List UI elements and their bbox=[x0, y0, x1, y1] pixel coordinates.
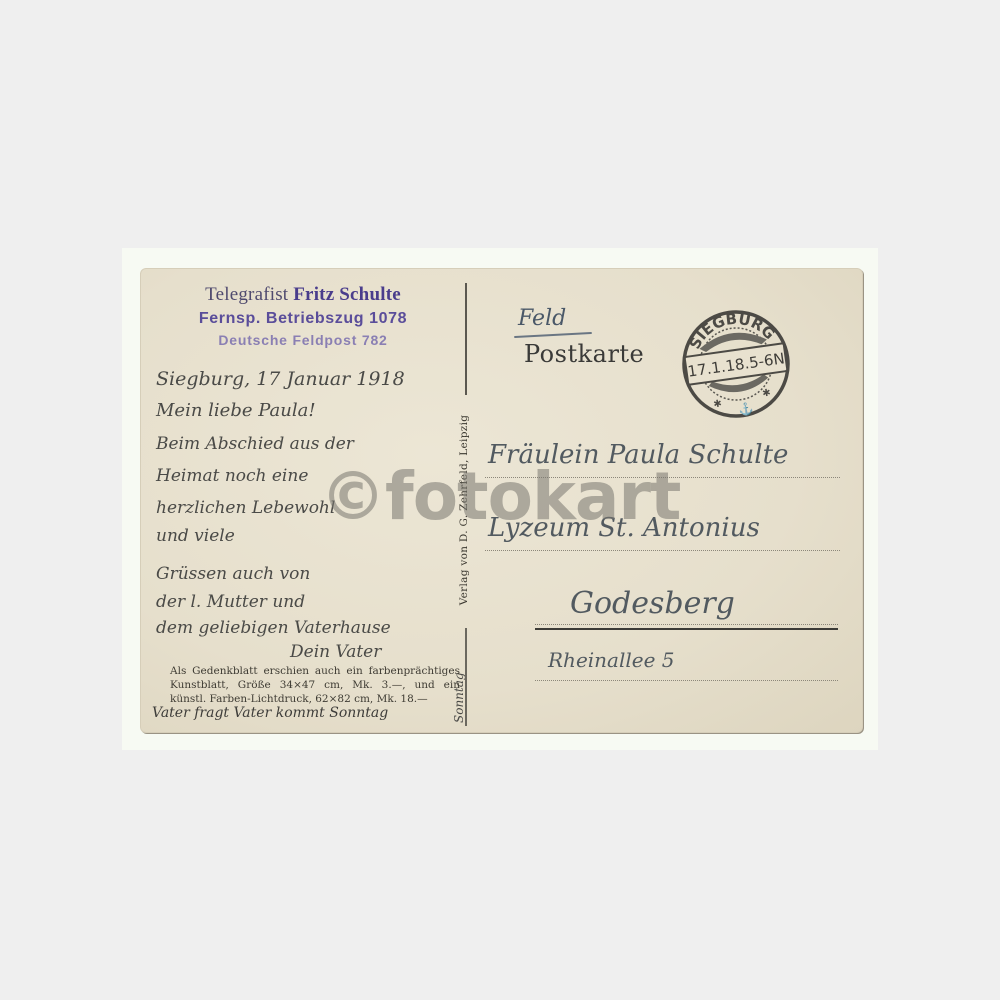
message-signature: Dein Vater bbox=[290, 642, 381, 662]
postmark: SIEGBURG 17.1.18.5-6N ✱ ✱ ⚓ bbox=[673, 301, 799, 427]
sender-stamp-line1: Telegrafist Fritz Schulte bbox=[168, 282, 438, 308]
message-line: der l. Mutter und bbox=[156, 592, 305, 612]
message-date-line: Siegburg, 17 Januar 1918 bbox=[156, 368, 405, 390]
feld-handwritten: Feld bbox=[518, 306, 566, 331]
sender-stamp: Telegrafist Fritz Schulte Fernsp. Betrie… bbox=[168, 282, 438, 350]
message-line: und viele bbox=[156, 526, 235, 546]
message-line: dem geliebigen Vaterhause bbox=[156, 618, 391, 638]
message-line: Heimat noch eine bbox=[156, 466, 308, 486]
center-divider-top bbox=[465, 283, 467, 395]
svg-text:⚓: ⚓ bbox=[737, 401, 754, 417]
message-line: Beim Abschied aus der bbox=[156, 434, 354, 454]
publisher-note: Als Gedenkblatt erschien auch ein farben… bbox=[170, 664, 460, 706]
watermark: ©fotokart bbox=[320, 458, 680, 535]
message-greeting: Mein liebe Paula! bbox=[156, 400, 316, 421]
address-city: Godesberg bbox=[570, 586, 735, 621]
center-divider-bottom bbox=[465, 628, 467, 726]
postmark-icon: SIEGBURG 17.1.18.5-6N ✱ ✱ ⚓ bbox=[673, 301, 799, 427]
svg-text:✱: ✱ bbox=[713, 398, 723, 410]
sender-name: Fritz Schulte bbox=[293, 284, 401, 305]
address-line-4 bbox=[535, 680, 838, 681]
footer-handwriting: Vater fragt Vater kommt Sonntag bbox=[152, 705, 388, 721]
postkarte-title: Postkarte bbox=[524, 340, 644, 368]
svg-text:✱: ✱ bbox=[762, 387, 772, 399]
sender-stamp-unit: Fernsp. Betriebszug 1078 bbox=[168, 308, 438, 330]
address-street: Rheinallee 5 bbox=[548, 648, 675, 672]
city-underline bbox=[535, 628, 838, 630]
message-line: herzlichen Lebewohl bbox=[156, 498, 335, 518]
address-line-3 bbox=[535, 624, 838, 625]
feld-underline bbox=[514, 332, 592, 338]
sender-stamp-feldpost: Deutsche Feldpost 782 bbox=[168, 330, 438, 350]
address-line-2 bbox=[485, 550, 840, 551]
message-line: Grüssen auch von bbox=[156, 564, 310, 584]
postcard: Telegrafist Fritz Schulte Fernsp. Betrie… bbox=[140, 268, 863, 733]
